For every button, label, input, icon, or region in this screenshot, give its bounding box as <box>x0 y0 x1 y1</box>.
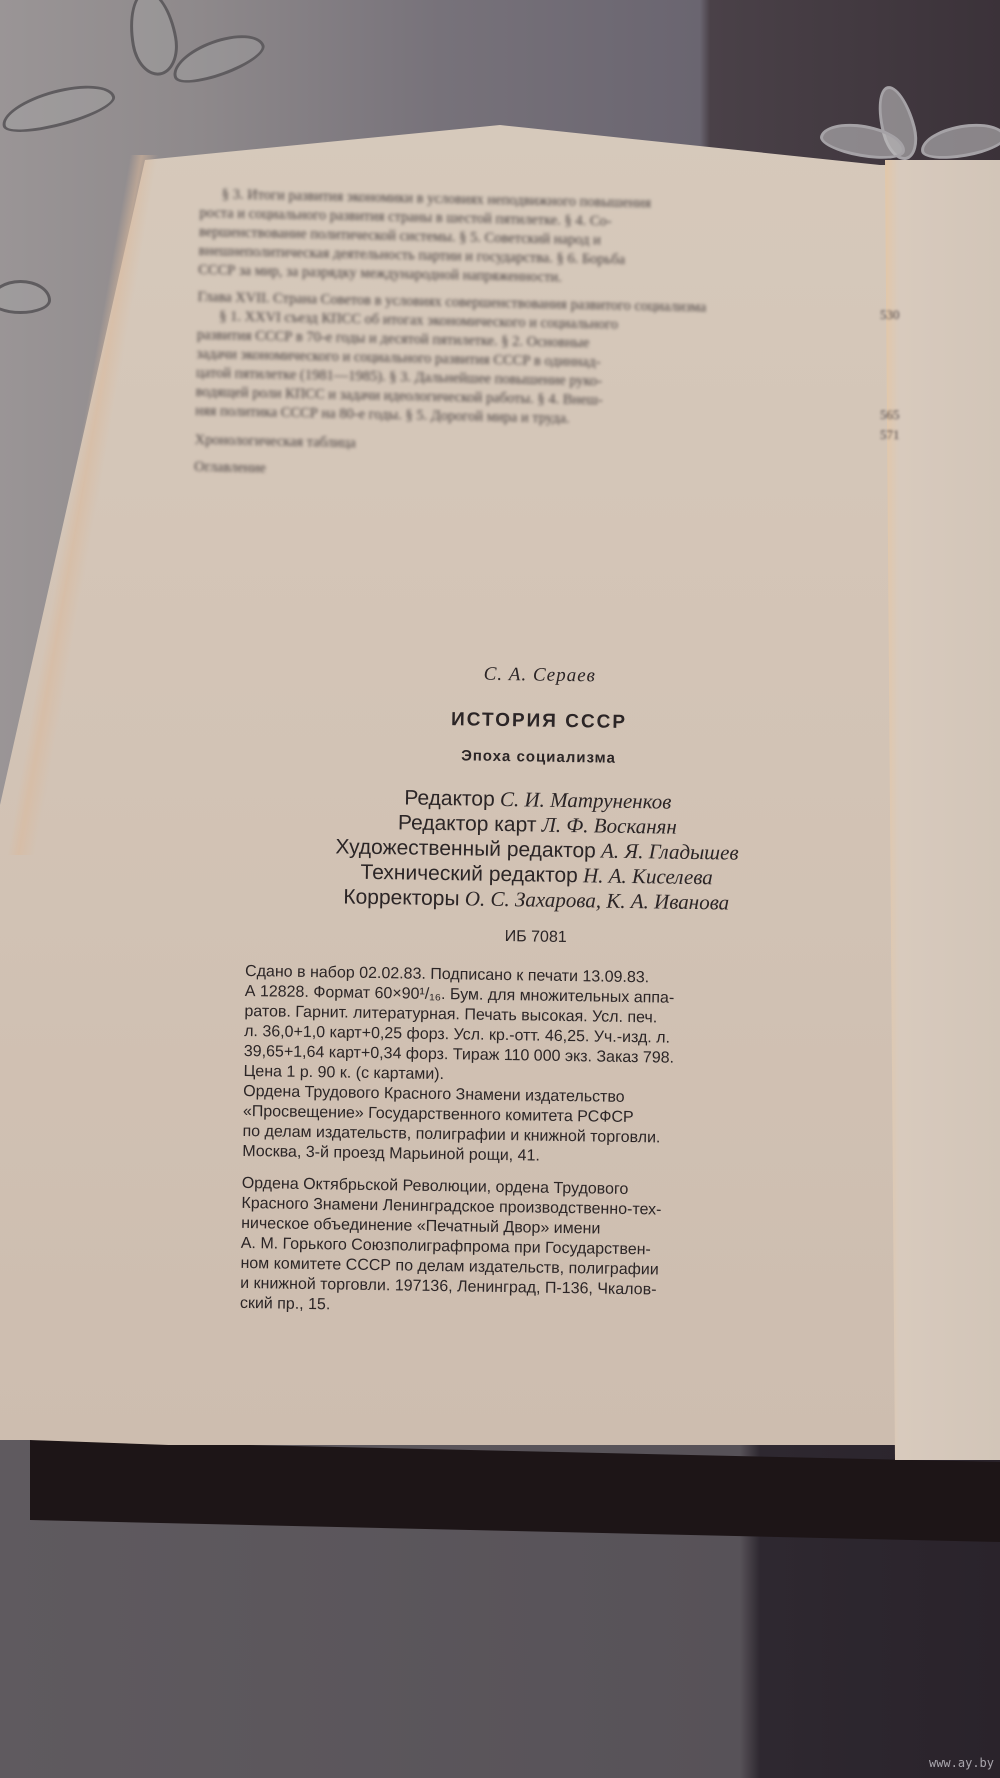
credit-role: Редактор карт <box>398 811 537 836</box>
page-number: 571 <box>880 425 910 445</box>
book-subtitle: Эпоха социализма <box>248 744 828 770</box>
toc-page-numbers: 530 565 571 <box>880 305 910 445</box>
page-number: 565 <box>880 405 910 425</box>
credit-person: А. Я. Гладышев <box>601 839 739 865</box>
credit-person: О. С. Захарова, К. А. Иванова <box>465 886 730 914</box>
credit-person: Л. Ф. Восканян <box>541 813 677 839</box>
contents-fragment: § 3. Итоги развития экономики в условиях… <box>194 185 820 490</box>
site-watermark: www.ay.by <box>929 1756 994 1770</box>
left-page-edge <box>0 155 160 855</box>
credit-role: Корректоры <box>343 885 460 910</box>
colophon: С. А. Сераев ИСТОРИЯ СССР Эпоха социализ… <box>240 660 830 1323</box>
credits-list: Редактор С. И. Матруненков Редактор карт… <box>246 783 828 917</box>
technical-details: Сдано в набор 02.02.83. Подписано к печа… <box>240 962 825 1323</box>
page-number: 530 <box>880 305 910 325</box>
credit-role: Редактор <box>404 786 495 810</box>
toc-item-chronology: Хронологическая таблица <box>194 431 814 463</box>
ib-number: ИБ 7081 <box>246 924 826 951</box>
credit-role: Художественный редактор <box>335 835 596 862</box>
book-title: ИСТОРИЯ СССР <box>249 706 829 737</box>
credit-person: С. И. Матруненков <box>500 787 672 814</box>
credit-role: Технический редактор <box>360 861 578 887</box>
credit-person: Н. А. Киселева <box>583 863 713 889</box>
